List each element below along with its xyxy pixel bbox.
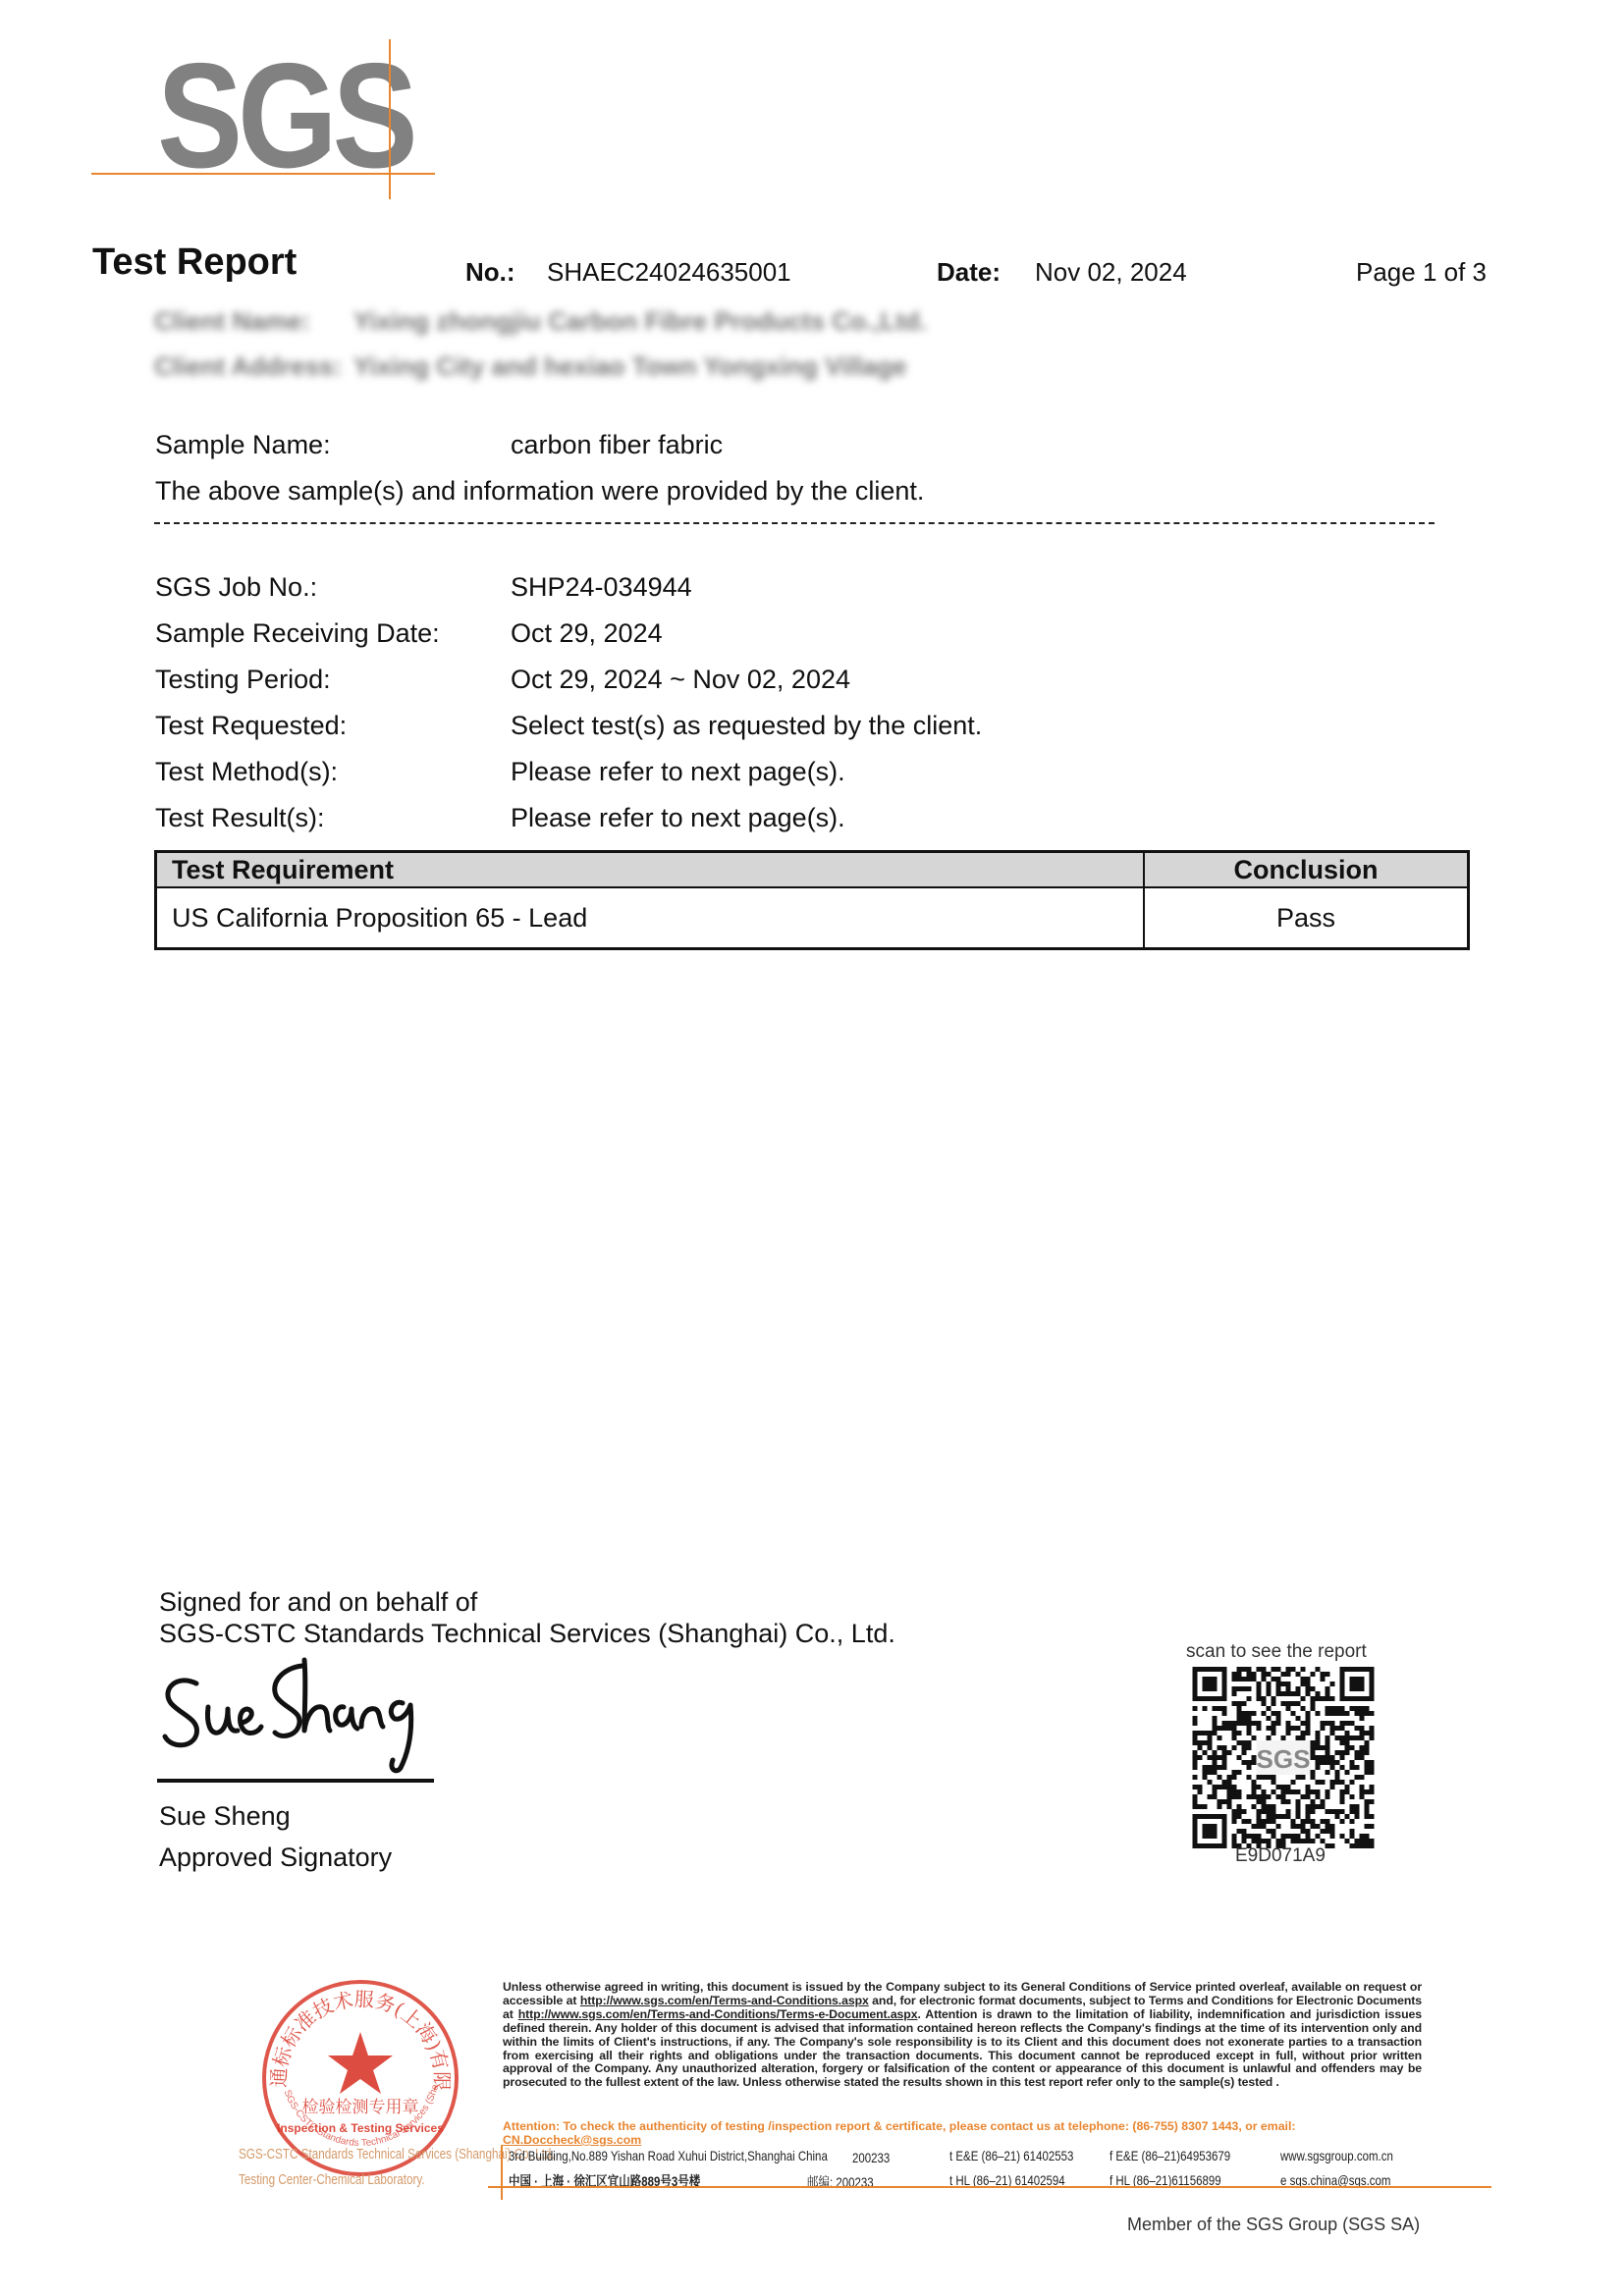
- detail-label: Testing Period:: [155, 664, 331, 695]
- address-english: 3rd Building,No.889 Yishan Road Xuhui Di…: [509, 2148, 828, 2163]
- detail-value: Oct 29, 2024 ~ Nov 02, 2024: [511, 664, 850, 695]
- logo-accent-line: [91, 173, 435, 175]
- report-date: Nov 02, 2024: [1035, 257, 1187, 288]
- client-name: Yixing zhongjiu Carbon Fibre Products Co…: [353, 306, 927, 337]
- qr-verification-code: E9D071A9: [1235, 1845, 1326, 1867]
- detail-label: Sample Receiving Date:: [155, 617, 440, 649]
- detail-label: Test Result(s):: [155, 802, 325, 833]
- table-row: US California Proposition 65 - Lead Pass: [157, 888, 1467, 947]
- report-date-label: Date:: [937, 257, 1001, 288]
- signing-company: SGS-CSTC Standards Technical Services (S…: [159, 1618, 895, 1649]
- detail-value: Please refer to next page(s).: [511, 802, 845, 833]
- header-conclusion: Conclusion: [1145, 853, 1467, 886]
- signatory-name: Sue Sheng: [159, 1800, 291, 1832]
- separator: [154, 522, 1435, 524]
- header-test-requirement: Test Requirement: [157, 853, 1145, 886]
- postal-code: 200233: [852, 2150, 890, 2165]
- handwritten-signature: [157, 1654, 442, 1777]
- signed-on-behalf: Signed for and on behalf of: [159, 1586, 477, 1618]
- conclusion-table: Test Requirement Conclusion US Californi…: [154, 850, 1470, 950]
- logo-accent-vertical: [389, 39, 391, 199]
- qr-code-icon[interactable]: SGS: [1190, 1667, 1377, 1848]
- address-chinese: 中国 · 上海 · 徐汇区宜山路889号3号楼: [509, 2171, 700, 2191]
- detail-value: Please refer to next page(s).: [511, 756, 845, 787]
- terms-link[interactable]: http://www.sgs.com/en/Terms-and-Conditio…: [580, 1994, 869, 2007]
- report-number: SHAEC24024635001: [547, 257, 791, 288]
- table-header: Test Requirement Conclusion: [157, 853, 1467, 888]
- conclusion-status: Pass: [1145, 888, 1467, 947]
- detail-value: SHP24-034944: [511, 571, 692, 603]
- detail-value: Select test(s) as requested by the clien…: [511, 710, 982, 741]
- footer-accent-line: [488, 2186, 1491, 2188]
- client-address-label: Client Address:: [154, 351, 342, 382]
- svg-text:SGS: SGS: [1257, 1744, 1311, 1774]
- fax-ee: f E&E (86–21)64953679: [1110, 2148, 1230, 2163]
- lab-department: Testing Center-Chemical Laboratory.: [239, 2171, 425, 2188]
- footer-accent-vertical: [501, 2145, 503, 2200]
- svg-text:检验检测专用章: 检验检测专用章: [302, 2097, 419, 2117]
- postal-code-chinese: 邮编: 200233: [807, 2172, 874, 2192]
- doccheck-email-link[interactable]: CN.Doccheck@sgs.com: [503, 2133, 641, 2147]
- detail-label: SGS Job No.:: [155, 571, 317, 603]
- sgs-logo: SGS: [157, 41, 413, 190]
- sample-name-label: Sample Name:: [155, 429, 331, 460]
- sample-note: The above sample(s) and information were…: [155, 475, 924, 507]
- qr-caption: scan to see the report: [1186, 1641, 1367, 1663]
- authenticity-notice: Attention: To check the authenticity of …: [503, 2120, 1422, 2148]
- phone-ee: t E&E (86–21) 61402553: [949, 2148, 1073, 2163]
- lab-name: SGS-CSTC Standards Technical Services (S…: [239, 2146, 555, 2163]
- legal-disclaimer: Unless otherwise agreed in writing, this…: [503, 1981, 1422, 2090]
- report-title: Test Report: [92, 241, 297, 284]
- website-link[interactable]: www.sgsgroup.com.cn: [1280, 2148, 1393, 2163]
- detail-label: Test Requested:: [155, 710, 347, 741]
- detail-label: Test Method(s):: [155, 756, 338, 787]
- report-number-label: No.:: [465, 257, 515, 288]
- page-indicator: Page 1 of 3: [1356, 257, 1487, 288]
- member-statement: Member of the SGS Group (SGS SA): [1127, 2215, 1420, 2235]
- signature-line: [157, 1779, 434, 1783]
- client-address: Yixing City and hexiao Town Yongxing Vil…: [353, 351, 906, 382]
- test-requirement: US California Proposition 65 - Lead: [157, 888, 1145, 947]
- detail-value: Oct 29, 2024: [511, 617, 663, 649]
- sample-name: carbon fiber fabric: [511, 429, 723, 460]
- client-name-label: Client Name:: [154, 306, 310, 337]
- signatory-title: Approved Signatory: [159, 1842, 392, 1873]
- e-document-terms-link[interactable]: http://www.sgs.com/en/Terms-and-Conditio…: [518, 2007, 918, 2021]
